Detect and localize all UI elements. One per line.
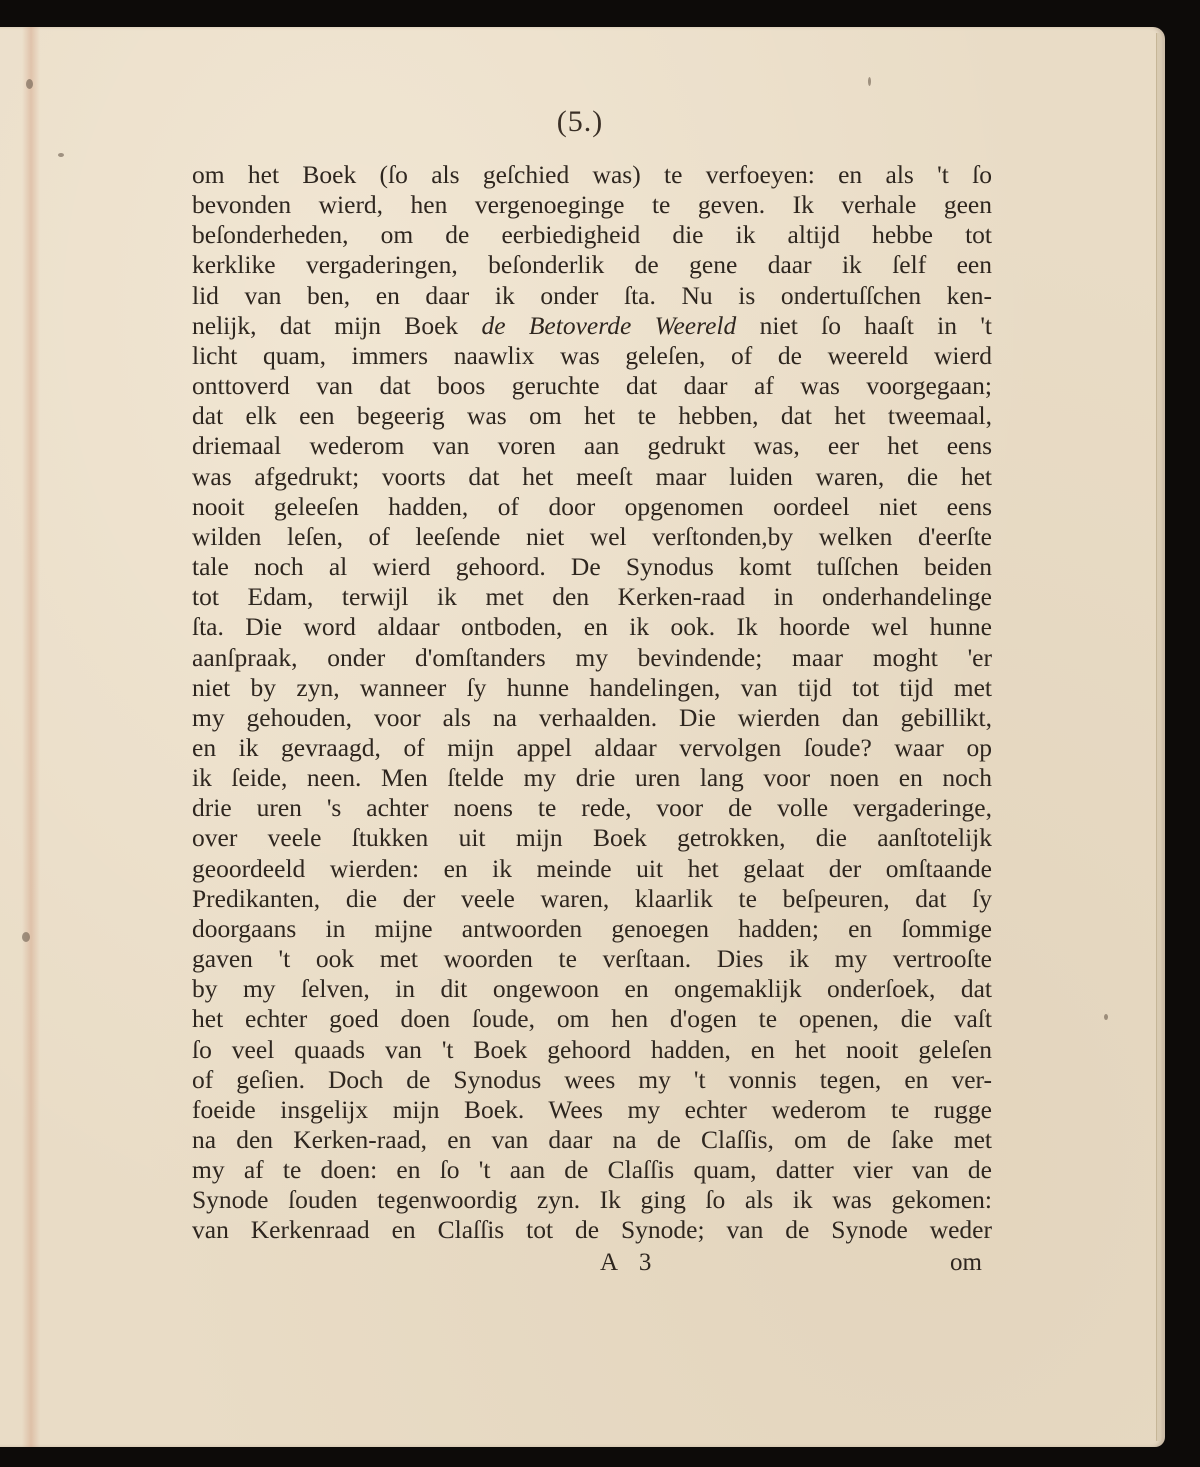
text-line: kerklike vergaderingen, beſonderlik de g…	[192, 250, 992, 280]
text-line: ik ſeide, neen. Men ſtelde my drie uren …	[192, 763, 992, 793]
text-line: of geſien. Doch de Synodus wees my 't vo…	[192, 1065, 992, 1095]
text-line: ſo veel quaads van 't Boek gehoord hadde…	[192, 1035, 992, 1065]
text-line: licht quam, immers naawlix was geleſen, …	[192, 341, 992, 371]
text-line: ſta. Die word aldaar ontboden, en ik ook…	[192, 612, 992, 642]
text-line: geoordeeld wierden: en ik meinde uit het…	[192, 854, 992, 884]
text-line: wilden leſen, of leeſende niet wel verſt…	[192, 522, 992, 552]
text-line: na den Kerken-raad, en van daar na de Cl…	[192, 1125, 992, 1155]
paper-stain	[868, 77, 871, 86]
text-line: om het Boek (ſo als geſchied was) te ver…	[192, 160, 992, 190]
text-line: van Kerkenraad en Claſſis tot de Synode;…	[192, 1215, 992, 1245]
text-line: by my ſelven, in dit ongewoon en ongemak…	[192, 974, 992, 1004]
text-line: over veele ſtukken uit mijn Boek getrokk…	[192, 823, 992, 853]
text-line: doorgaans in mijne antwoorden genoegen h…	[192, 914, 992, 944]
text-line: foeide insgelijx mijn Boek. Wees my echt…	[192, 1095, 992, 1125]
text-line: dat elk een begeerig was om het te hebbe…	[192, 401, 992, 431]
text-line: tale noch al wierd gehoord. De Synodus k…	[192, 552, 992, 582]
text-line: het echter goed doen ſoude, om hen d'oge…	[192, 1004, 992, 1034]
text-line: nooit geleeſen hadden, of door opgenomen…	[192, 492, 992, 522]
page-fore-edge	[1156, 33, 1161, 1441]
text-line: niet by zyn, wanneer ſy hunne handelinge…	[192, 673, 992, 703]
text-fragment: nelijk, dat mijn Boek	[192, 311, 481, 340]
text-line: en ik gevraagd, of mijn appel aldaar ver…	[192, 733, 992, 763]
page-gutter-shadow	[22, 27, 40, 1447]
signature-mark: A 3	[600, 1249, 659, 1277]
text-line: Predikanten, die der veele waren, klaarl…	[192, 884, 992, 914]
text-line: beſonderheden, om de eerbiedigheid die i…	[192, 220, 992, 250]
text-line: aanſpraak, onder d'omſtanders my bevinde…	[192, 643, 992, 673]
catchword: om	[950, 1249, 982, 1277]
paper-stain	[1104, 1014, 1108, 1020]
body-text: om het Boek (ſo als geſchied was) te ver…	[192, 160, 992, 1246]
text-line: driemaal wederom van voren aan gedrukt w…	[192, 431, 992, 461]
text-line-with-title: nelijk, dat mijn Boek de Betoverde Weere…	[192, 311, 992, 341]
text-line: Synode ſouden tegenwoordig zyn. Ik ging …	[192, 1185, 992, 1215]
text-fragment: niet ſo haaſt in 't	[736, 311, 992, 340]
text-line: was afgedrukt; voorts dat het meeſt maar…	[192, 462, 992, 492]
text-line: tot Edam, terwijl ik met den Kerken-raad…	[192, 582, 992, 612]
book-title-italic: de Betoverde Weereld	[481, 311, 736, 340]
page-footer: A 3 om	[192, 1249, 982, 1279]
paper-stain	[22, 932, 30, 942]
paper-stain	[26, 79, 33, 89]
book-page: (5.) om het Boek (ſo als geſchied was) t…	[0, 27, 1165, 1447]
text-line: bevonden wierd, hen vergenoeginge te gev…	[192, 190, 992, 220]
page-header-number: (5.)	[0, 105, 1160, 139]
paper-stain	[58, 153, 64, 157]
text-line: lid van ben, en daar ik onder ſta. Nu is…	[192, 281, 992, 311]
text-line: onttoverd van dat boos geruchte dat daar…	[192, 371, 992, 401]
text-line: gaven 't ook met woorden te verſtaan. Di…	[192, 944, 992, 974]
text-line: my af te doen: en ſo 't aan de Claſſis q…	[192, 1155, 992, 1185]
text-line: drie uren 's achter noens te rede, voor …	[192, 793, 992, 823]
text-line: my gehouden, voor als na verhaalden. Die…	[192, 703, 992, 733]
